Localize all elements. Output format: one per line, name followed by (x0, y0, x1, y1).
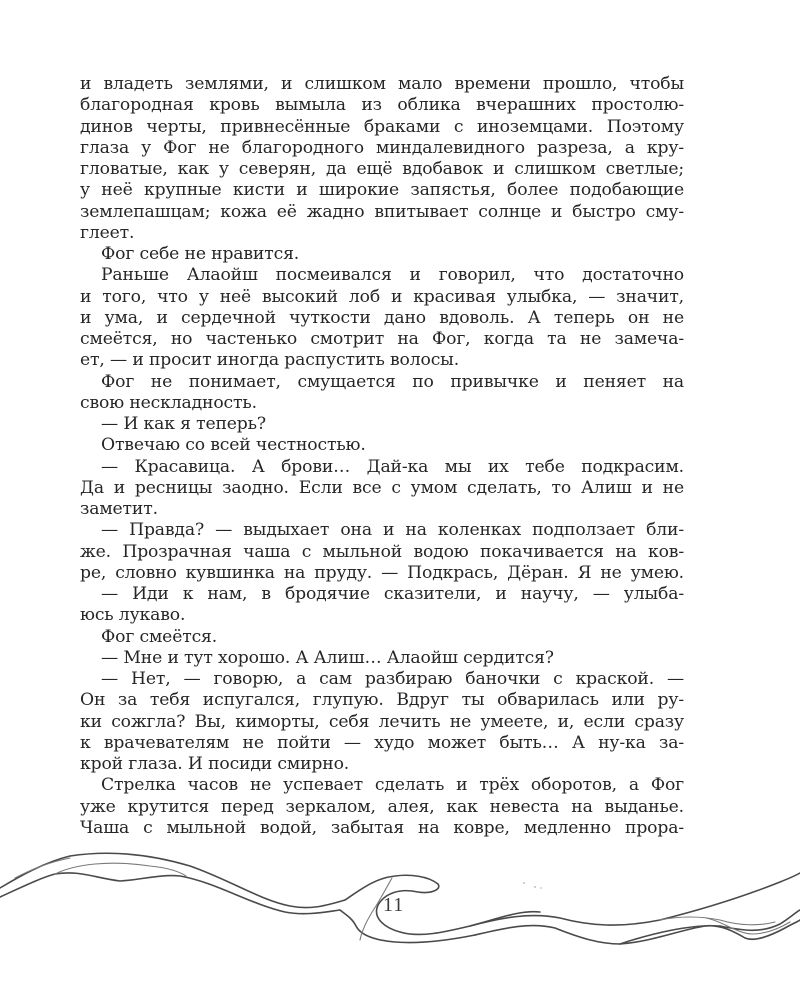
text-line: уже крутится перед зеркалом, алея, как н… (80, 797, 684, 818)
text-line: — Правда? — выдыхает она и на коленках п… (80, 520, 684, 541)
text-line: свою нескладность. (80, 393, 684, 414)
text-line: землепашцам; кожа её жадно впитывает сол… (80, 202, 684, 223)
text-line: и владеть землями, и слишком мало времен… (80, 74, 684, 95)
text-line: ки сожгла? Вы, киморты, себя лечить не у… (80, 712, 684, 733)
text-line: Он за тебя испугался, глупую. Вдруг ты о… (80, 690, 684, 711)
text-line: динов черты, привнесённые браками с иноз… (80, 117, 684, 138)
text-line: благородная кровь вымыла из облика вчера… (80, 95, 684, 116)
text-line: Отвечаю со всей честностью. (80, 435, 684, 456)
text-line: — Мне и тут хорошо. А Алиш… Алаойш серди… (80, 648, 684, 669)
text-line: Фог себе не нравится. (80, 244, 684, 265)
text-line: заметит. (80, 499, 684, 520)
text-line: и того, что у неё высокий лоб и красивая… (80, 287, 684, 308)
text-line: ет, — и просит иногда распустить волосы. (80, 350, 684, 371)
body-text: и владеть землями, и слишком мало времен… (80, 74, 684, 839)
text-line: смеётся, но частенько смотрит на Фог, ко… (80, 329, 684, 350)
text-line: и ума, и сердечной чуткости дано вдоволь… (80, 308, 684, 329)
text-line: Да и ресницы заодно. Если все с умом сде… (80, 478, 684, 499)
text-line: — И как я теперь? (80, 414, 684, 435)
page-number: 11 (383, 894, 404, 917)
text-line: гловатые, как у северян, да ещё вдобавок… (80, 159, 684, 180)
text-line: глеет. (80, 223, 684, 244)
text-line: — Красавица. А брови… Дай-ка мы их тебе … (80, 457, 684, 478)
text-line: юсь лукаво. (80, 605, 684, 626)
text-line: Стрелка часов не успевает сделать и трёх… (80, 775, 684, 796)
book-page: и владеть землями, и слишком мало времен… (0, 0, 800, 1000)
text-line: глаза у Фог не благородного миндалевидно… (80, 138, 684, 159)
text-line: — Нет, — говорю, а сам разбираю баночки … (80, 669, 684, 690)
text-line: — Иди к нам, в бродячие сказители, и нау… (80, 584, 684, 605)
text-line: Фог не понимает, смущается по привычке и… (80, 372, 684, 393)
text-line: у неё крупные кисти и широкие запястья, … (80, 180, 684, 201)
text-line: Чаша с мыльной водой, забытая на ковре, … (80, 818, 684, 839)
text-line: к врачевателям не пойти — худо может быт… (80, 733, 684, 754)
text-line: же. Прозрачная чаша с мыльной водою пока… (80, 542, 684, 563)
text-line: крой глаза. И посиди смирно. (80, 754, 684, 775)
text-line: Раньше Алаойш посмеивался и говорил, что… (80, 265, 684, 286)
text-line: Фог смеётся. (80, 627, 684, 648)
text-line: ре, словно кувшинка на пруду. — Подкрась… (80, 563, 684, 584)
